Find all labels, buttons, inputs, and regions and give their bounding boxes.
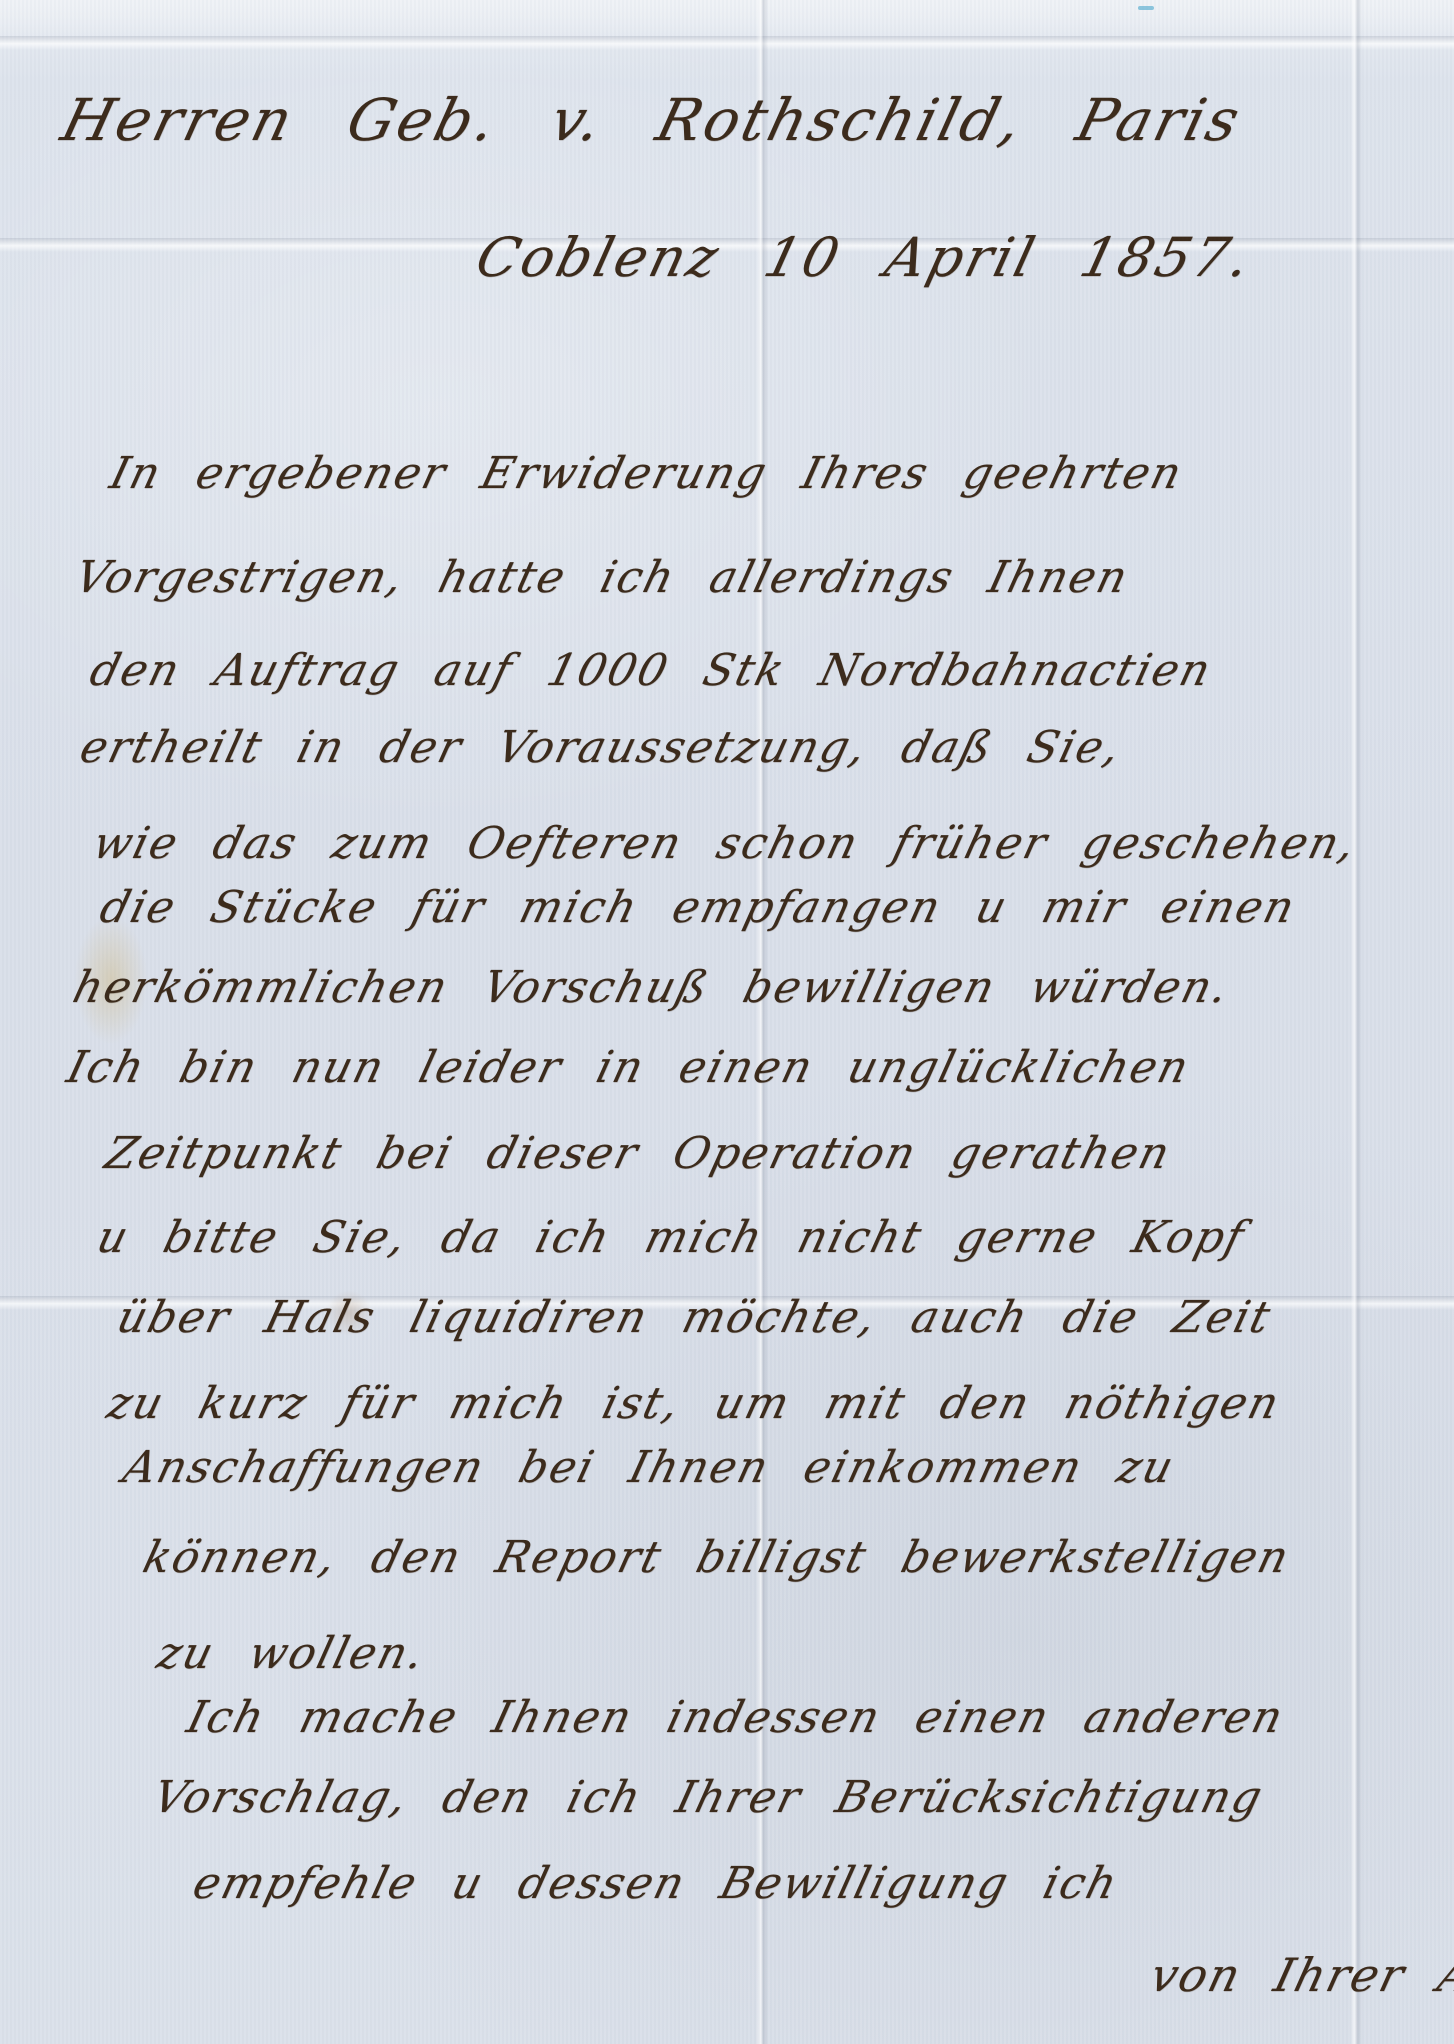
blue-pencil-mark bbox=[1138, 6, 1154, 10]
body-line: Ich mache Ihnen indessen einen anderen bbox=[182, 1692, 1290, 1743]
body-line: u bitte Sie, da ich mich nicht gerne Kop… bbox=[92, 1212, 1250, 1263]
body-line: zu kurz für mich ist, um mit den nöthige… bbox=[102, 1378, 1286, 1429]
body-line: herkömmlichen Vorschuß bewilligen würden… bbox=[68, 962, 1235, 1013]
body-line: ertheilt in der Voraussetzung, daß Sie, bbox=[75, 722, 1127, 773]
body-line: Zeitpunkt bei dieser Operation gerathen bbox=[100, 1128, 1176, 1179]
fold-crease-vertical-right bbox=[1350, 0, 1362, 2044]
body-line: wie das zum Oefteren schon früher gesche… bbox=[88, 818, 1362, 869]
letter-page: Herren Geb. v. Rothschild, Paris Coblenz… bbox=[0, 0, 1454, 2044]
body-line: über Hals liquidiren möchte, auch die Ze… bbox=[112, 1292, 1277, 1343]
body-line: empfehle u dessen Bewilligung ich bbox=[188, 1858, 1124, 1909]
dateline: Coblenz 10 April 1857. bbox=[470, 226, 1259, 289]
recipient-line: Herren Geb. v. Rothschild, Paris bbox=[55, 86, 1249, 154]
body-line: können, den Report billigst bewerkstelli… bbox=[138, 1532, 1295, 1583]
paper-edge-highlight bbox=[0, 0, 1454, 38]
catchword-line: von Ihrer Ab= bbox=[1145, 1948, 1454, 2002]
body-line: Vorschlag, den ich Ihrer Berücksichtigun… bbox=[148, 1772, 1269, 1823]
body-line: die Stücke für mich empfangen u mir eine… bbox=[95, 882, 1301, 933]
body-line: Vorgestrigen, hatte ich allerdings Ihnen bbox=[70, 552, 1134, 603]
body-line: den Auftrag auf 1000 Stk Nordbahnactien bbox=[85, 645, 1217, 696]
fold-crease-horizontal-top bbox=[0, 36, 1454, 50]
body-line: Ich bin nun leider in einen unglückliche… bbox=[62, 1042, 1195, 1093]
body-line: Anschaffungen bei Ihnen einkommen zu bbox=[118, 1442, 1180, 1493]
body-line: In ergebener Erwiderung Ihres geehrten bbox=[105, 448, 1188, 499]
body-line: zu wollen. bbox=[152, 1628, 431, 1679]
